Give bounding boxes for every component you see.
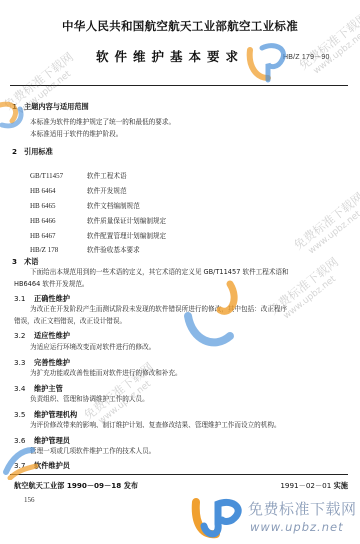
term-3-3-definition: 为扩充功能或改善性能而对软件进行的修改和补充。 [30, 367, 182, 380]
brand-name: 免费标准下载网 [248, 498, 357, 519]
term-3-4-definition: 负责组织、管理和协调维护工作的人员。 [30, 393, 149, 406]
term-3-2-heading: 3.2适应性维护 [14, 331, 70, 341]
reference-row: HB 6467软件配置管理计划编制规定 [30, 230, 166, 240]
section-2-heading: 2引用标准 [12, 147, 53, 157]
section-3-title: 术语 [24, 257, 38, 266]
reference-row: GB/T11457软件工程术语 [30, 170, 127, 180]
reference-row: HB 6465软件文档编制规范 [30, 200, 140, 210]
section-1-para-1: 本标准为软件的维护规定了统一的和最低的要求。 [30, 116, 175, 129]
reference-row: HB 6464软件开发规范 [30, 185, 127, 195]
document-page: 中华人民共和国航空航天工业部航空工业标准 软件维护基本要求 HB/Z 179－9… [0, 0, 360, 544]
issuing-organization: 中华人民共和国航空航天工业部航空工业标准 [0, 18, 360, 34]
section-1-para-2: 本标准适用于软件的维护阶段。 [30, 128, 122, 141]
brand-url: www.upbz.net [250, 520, 344, 534]
term-3-6-definition: 管理一项或几项软件维护工作的技术人员。 [30, 445, 155, 458]
footer-divider [10, 474, 348, 475]
term-3-7-heading: 3.7软件维护员 [14, 461, 70, 471]
effective-info: 1991－02－01 实施 [280, 481, 348, 491]
watermark-text: 免费标准下载网 www.upbz.net [290, 188, 360, 261]
reference-row: HB 6466软件质量保证计划编制规定 [30, 215, 166, 225]
up-logo-icon [190, 496, 246, 540]
term-3-1-definition-cont: 错误，改正文档错误，改正设计错误。 [14, 315, 126, 328]
up-logo-icon [180, 280, 250, 360]
term-3-5-definition: 为评价修改带来的影响、制订维护计划、复查修改结果、管理维护工作而设立的机构。 [30, 419, 281, 432]
up-logo-icon [246, 40, 290, 84]
document-title: 软件维护基本要求 [96, 47, 244, 65]
section-3-intro-line-2: HB6464 软件开发规范。 [14, 278, 89, 291]
term-3-2-definition: 为适应运行环境改变而对软件进行的修改。 [30, 341, 155, 354]
section-2-title: 引用标准 [24, 147, 53, 156]
standard-code: HB/Z 179－90 [283, 52, 330, 62]
site-brand-logo: 免费标准下载网 www.upbz.net [190, 494, 360, 542]
effective-date: 1991－02－01 [280, 481, 331, 490]
reference-row: HB/Z 178软件验收基本要求 [30, 244, 140, 254]
page-number: 156 [24, 496, 35, 504]
term-3-1-definition: 为改正在开发阶段产生而测试阶段未发现的软件错误所进行的修改，其中包括：改正程序 [30, 303, 287, 316]
effective-label: 实施 [334, 481, 348, 490]
issue-info: 航空航天工业部 1990－09－18 发布 [14, 481, 138, 491]
section-1-title: 主题内容与适用范围 [24, 102, 89, 111]
section-1-heading: 1主题内容与适用范围 [12, 102, 89, 112]
section-3-intro-line-1: 下面给出本规范用到的一些术语的定义，其它术语的定义见 GB/T11457 软件工… [30, 266, 289, 279]
header-divider [10, 85, 348, 86]
